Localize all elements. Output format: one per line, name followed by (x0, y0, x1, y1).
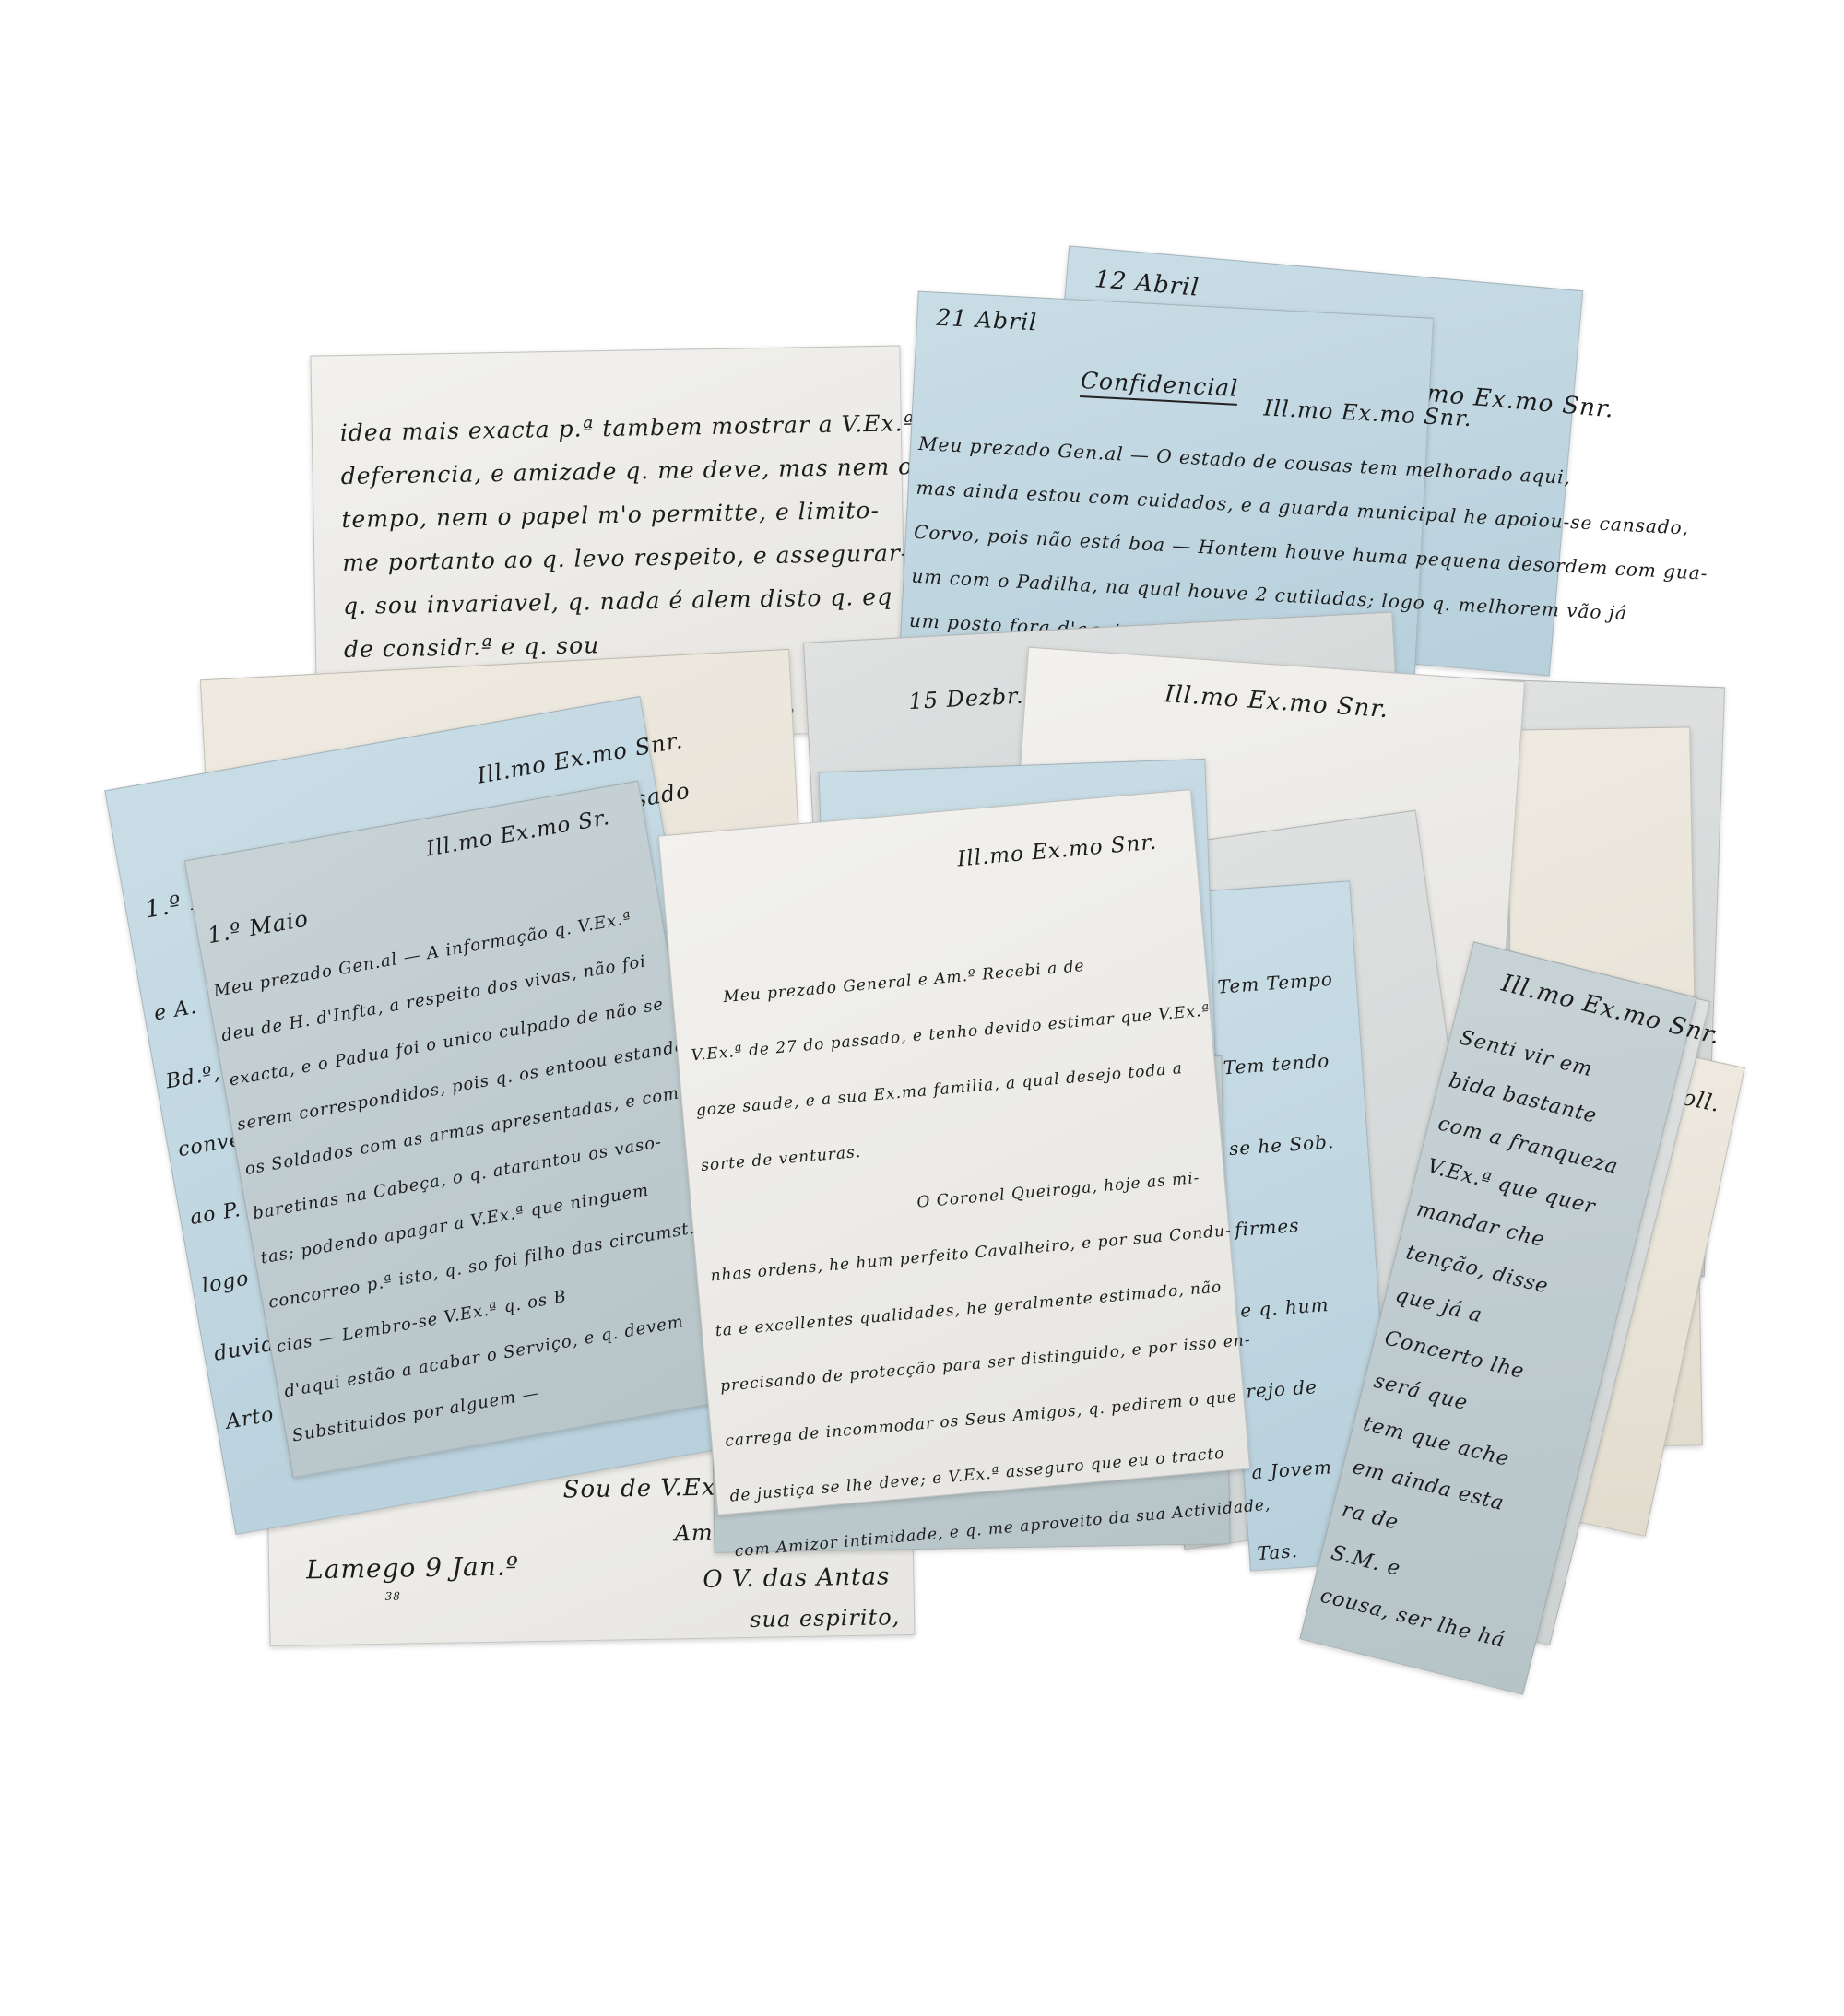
letter-salutation: Ill.mo Ex.mo Snr. (1164, 680, 1389, 724)
letter-note: 38 (385, 1590, 402, 1603)
text-line: firmes (1232, 1181, 1353, 1270)
letter-closing: sua espirito, (750, 1604, 901, 1633)
letter-salutation: Ill.mo Ex.mo Sr. (424, 806, 611, 862)
letter-heading: Confidencial (1080, 367, 1239, 406)
letter-body: Meu prezado General e Am.º Recebi a de V… (684, 926, 1273, 1579)
letter-date: 1.º Maio (206, 905, 311, 949)
letter-salutation: Ill.mo Ex.mo Snr. (956, 831, 1158, 872)
letter-place-date: Lamego 9 Jan.º (306, 1550, 519, 1585)
text-line: Tem tendo (1221, 1020, 1342, 1109)
letter-sheet-center-front: Ill.mo Ex.mo Snr. Meu prezado General e … (658, 789, 1250, 1515)
text-line: Tem Tempo (1215, 938, 1336, 1028)
letter-salutation: Ill.mo Ex.mo Snr. (475, 727, 685, 789)
letter-date: 15 Dezbr. (908, 683, 1024, 715)
letter-body: idea mais exacta p.ª tambem mostrar a V.… (339, 401, 950, 671)
text-line: se he Sob. (1226, 1101, 1347, 1190)
letter-date: 12 Abril (1093, 265, 1200, 302)
letter-closing: Sou de V.Ex.ª (562, 1473, 737, 1503)
letter-date: 21 Abril (936, 304, 1038, 336)
